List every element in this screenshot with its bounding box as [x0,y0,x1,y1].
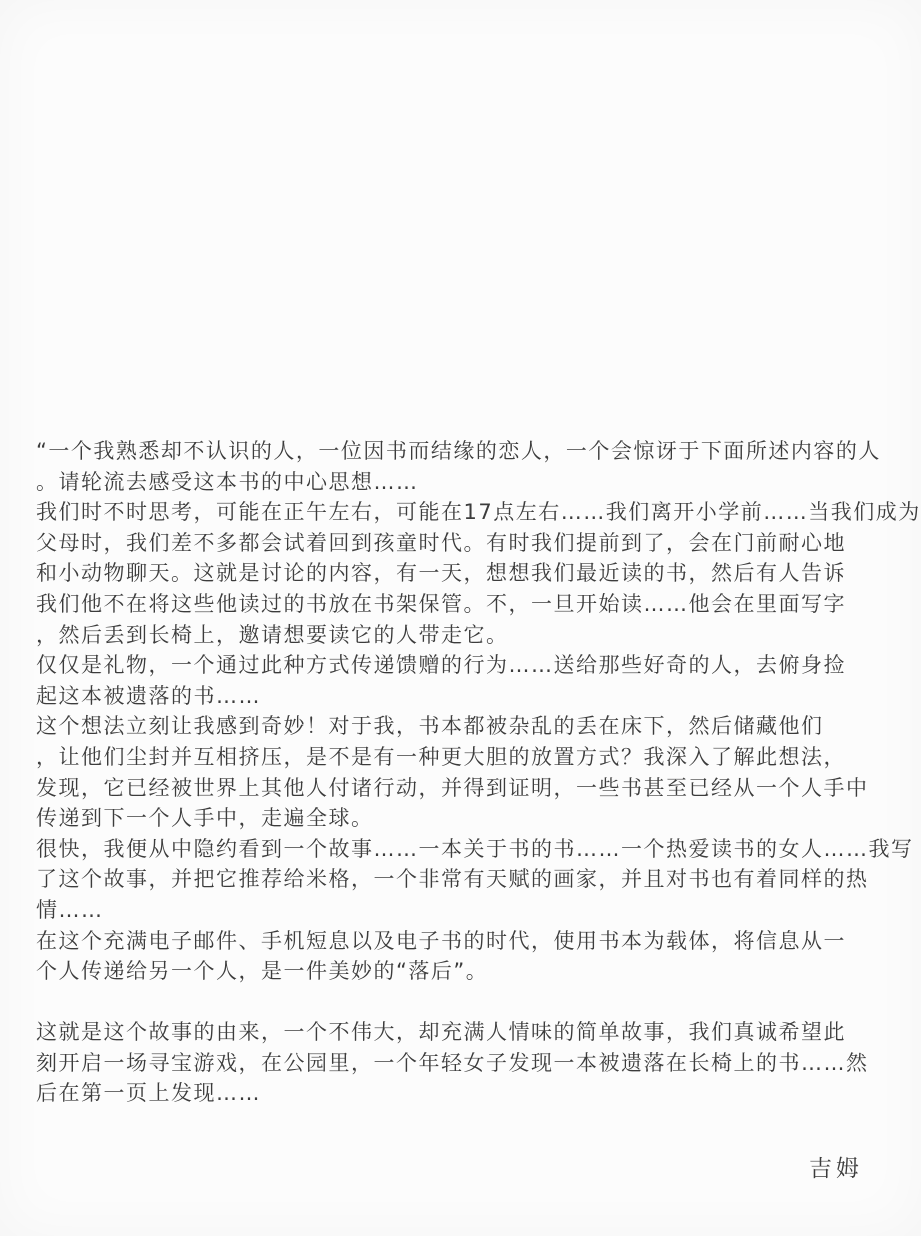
letter-line: 起这本被遗落的书…… [36,681,896,712]
letter-line: 很快，我便从中隐约看到一个故事……一本关于书的书……一个热爱读书的女人……我写 [36,834,896,865]
letter-line: 这个想法立刻让我感到奇妙！对于我，书本都被杂乱的丢在床下，然后储藏他们 [36,711,896,742]
letter-line: 我们时不时思考，可能在正午左右，可能在17点左右……我们离开小学前……当我们成为 [36,497,896,528]
signature: 吉姆 [809,1150,863,1183]
letter-line: 和小动物聊天。这就是讨论的内容，有一天，想想我们最近读的书，然后有人告诉 [36,558,896,589]
letter-line: 个人传递给另一个人，是一件美妙的“落后”。 [36,956,896,987]
letter-line: 传递到下一个人手中，走遍全球。 [36,803,896,834]
letter-line: ，让他们尘封并互相挤压，是不是有一种更大胆的放置方式？我深入了解此想法， [36,742,896,773]
letter-line: “一个我熟悉却不认识的人，一位因书而结缘的恋人，一个会惊讶于下面所述内容的人 [36,436,896,467]
scanned-letter-page: “一个我熟悉却不认识的人，一位因书而结缘的恋人，一个会惊讶于下面所述内容的人 。… [0,0,921,1236]
letter-line: 。请轮流去感受这本书的中心思想…… [36,467,896,498]
letter-line: 在这个充满电子邮件、手机短息以及电子书的时代，使用书本为载体，将信息从一 [36,926,896,957]
letter-line: ，然后丢到长椅上，邀请想要读它的人带走它。 [36,620,896,651]
letter-line: 这就是这个故事的由来，一个不伟大，却充满人情味的简单故事，我们真诚希望此 [36,1017,896,1048]
letter-line: 情…… [36,895,896,926]
letter-line: 仅仅是礼物，一个通过此种方式传递馈赠的行为……送给那些好奇的人，去俯身捡 [36,650,896,681]
letter-body: “一个我熟悉却不认识的人，一位因书而结缘的恋人，一个会惊讶于下面所述内容的人 。… [36,436,896,1109]
letter-line: 我们他不在将这些他读过的书放在书架保管。不，一旦开始读……他会在里面写字 [36,589,896,620]
letter-line: 后在第一页上发现…… [36,1078,896,1109]
letter-line: 刻开启一场寻宝游戏，在公园里，一个年轻女子发现一本被遗落在长椅上的书……然 [36,1048,896,1079]
letter-line: 了这个故事，并把它推荐给米格，一个非常有天赋的画家，并且对书也有着同样的热 [36,864,896,895]
letter-line: 发现，它已经被世界上其他人付诸行动，并得到证明，一些书甚至已经从一个人手中 [36,773,896,804]
letter-line-blank [36,987,896,1018]
letter-line: 父母时，我们差不多都会试着回到孩童时代。有时我们提前到了，会在门前耐心地 [36,528,896,559]
